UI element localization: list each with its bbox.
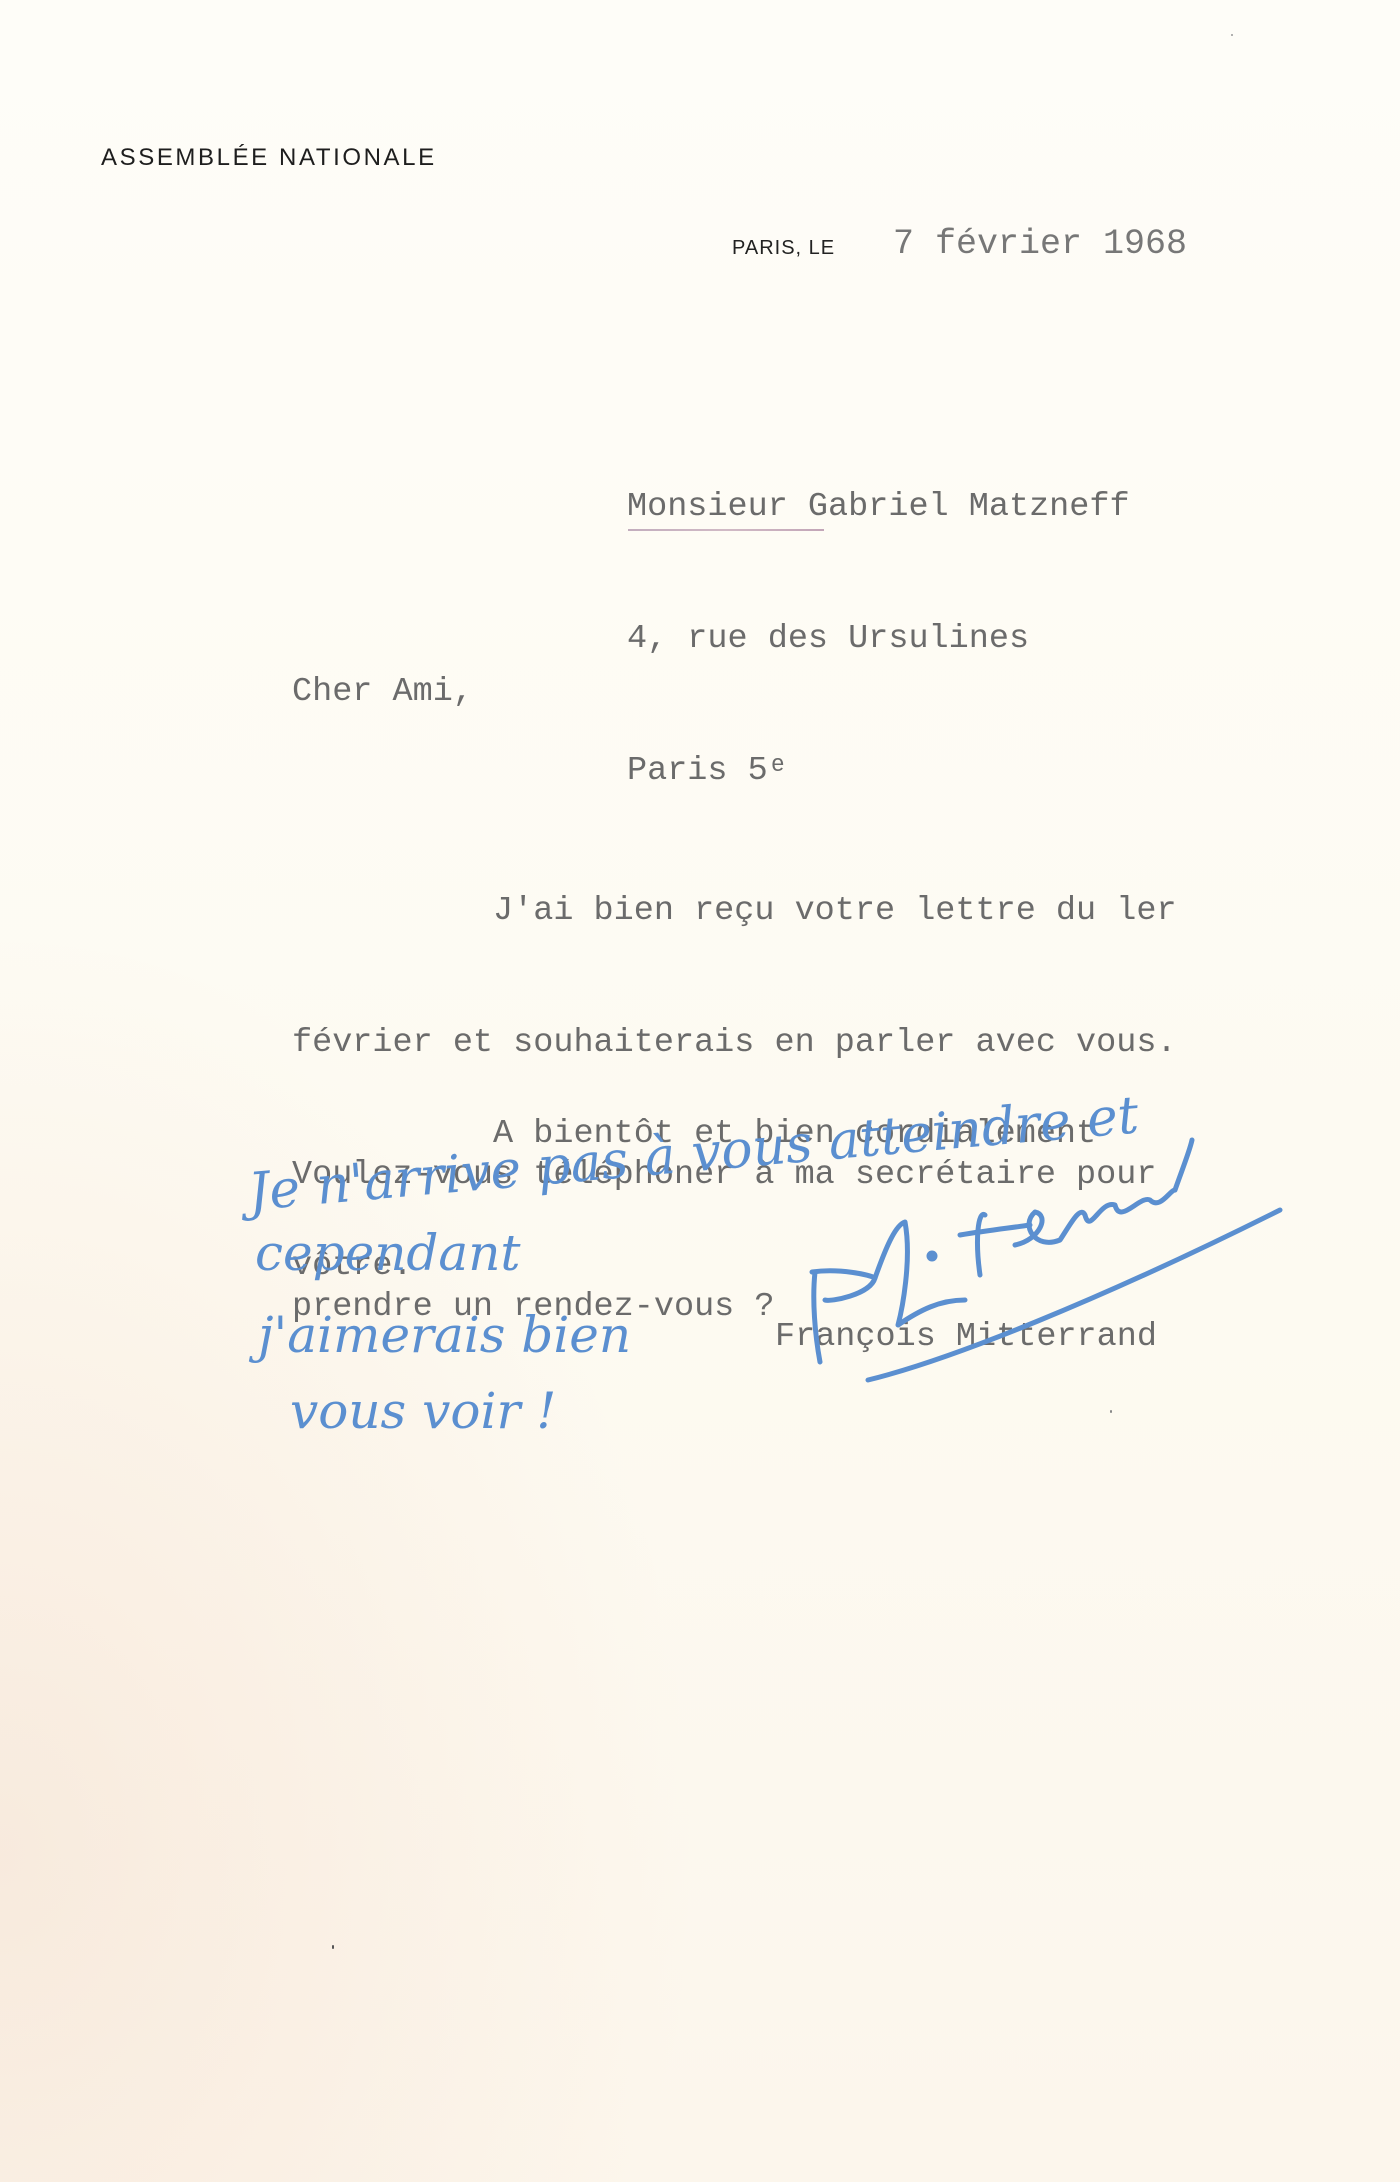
speck — [332, 1945, 334, 1949]
recipient-street: 4, rue des Ursulines — [627, 617, 1130, 661]
date-value: 7 février 1968 — [893, 222, 1187, 266]
salutation: Cher Ami, — [292, 670, 473, 714]
closing-line: vôtre. — [292, 1244, 1096, 1288]
date-label: PARIS, LE — [732, 237, 835, 260]
closing-paragraph: A bientôt et bien cordialement vôtre. — [292, 1024, 1096, 1332]
city-underline — [628, 529, 824, 531]
speck — [1231, 34, 1233, 36]
speck — [1110, 1410, 1112, 1413]
letterhead-institution: ASSEMBLÉE NATIONALE — [101, 144, 437, 172]
typed-signatory-name: François Mitterrand — [775, 1315, 1157, 1359]
closing-line: A bientôt et bien cordialement — [292, 1112, 1096, 1156]
recipient-city: Paris 5ᵉ — [627, 749, 1130, 793]
body-line: J'ai bien reçu votre lettre du ler — [292, 889, 1177, 933]
recipient-name: Monsieur Gabriel Matzneff — [627, 485, 1130, 529]
recipient-address: Monsieur Gabriel Matzneff 4, rue des Urs… — [627, 397, 1130, 837]
